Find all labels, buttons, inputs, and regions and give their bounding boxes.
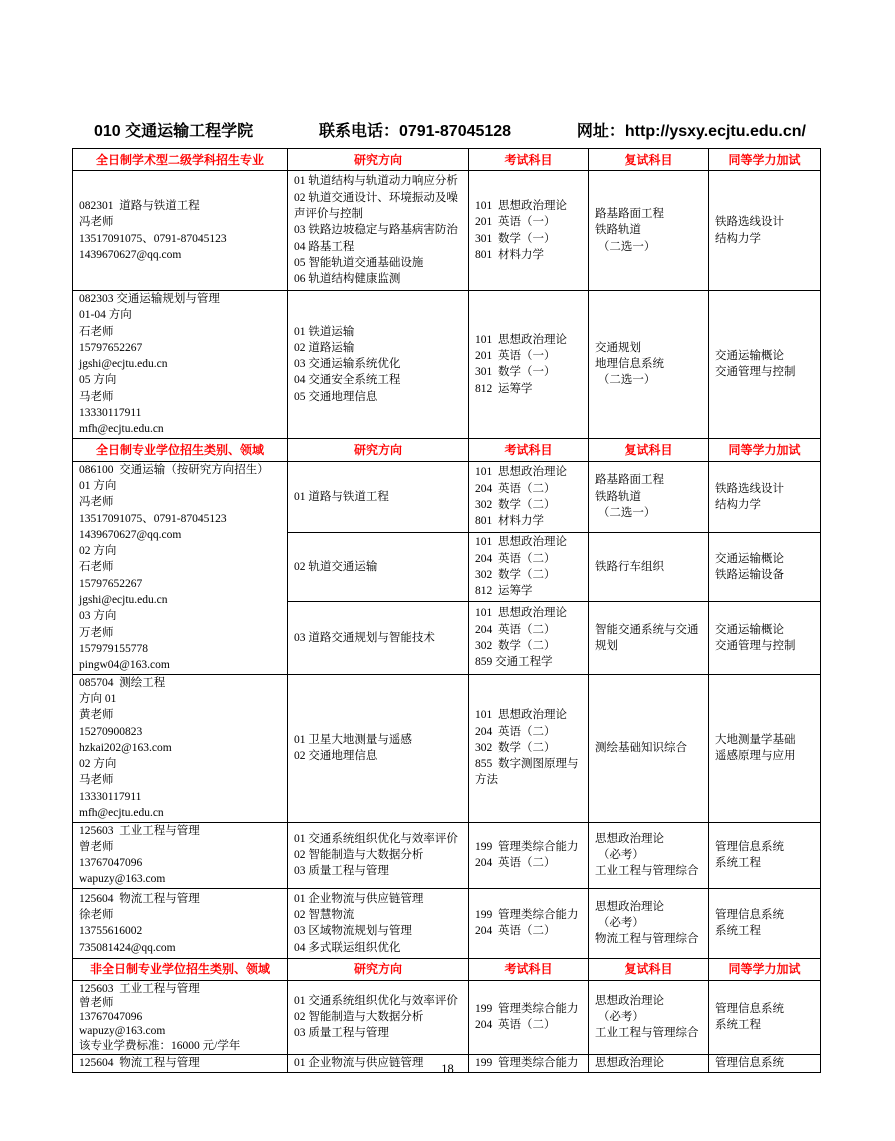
document-page: 010 交通运输工程学院 联系电话：0791-87045128 网址：http:… <box>0 0 895 1141</box>
table-cell: 01 交通系统组织优化与效率评价 02 智能制造与大数据分析 03 质量工程与管… <box>288 980 469 1054</box>
table-cell: 086100 交通运输（按研究方向招生） 01 方向 冯老师 135170910… <box>73 461 288 674</box>
table-row: 086100 交通运输（按研究方向招生） 01 方向 冯老师 135170910… <box>73 461 821 532</box>
table-cell: 101 思想政治理论 204 英语（二） 302 数学（二） 801 材料力学 <box>469 461 589 532</box>
column-header: 同等学力加试 <box>709 438 821 461</box>
column-header: 研究方向 <box>288 149 469 171</box>
table-row: 125603 工业工程与管理 曾老师 13767047096 wapuzy@16… <box>73 980 821 1054</box>
table-row: 125603 工业工程与管理 曾老师 13767047096 wapuzy@16… <box>73 822 821 888</box>
table-row: 082303 交通运输规划与管理 01-04 方向 石老师 1579765226… <box>73 291 821 439</box>
table-cell: 01 轨道结构与轨道动力响应分析 02 轨道交通设计、环境振动及噪声评价与控制 … <box>288 171 469 291</box>
table-cell: 082303 交通运输规划与管理 01-04 方向 石老师 1579765226… <box>73 291 288 439</box>
table-cell: 思想政治理论 （必考） 工业工程与管理综合 <box>589 980 709 1054</box>
table-cell: 01 铁道运输 02 道路运输 03 交通运输系统优化 04 交通安全系统工程 … <box>288 291 469 439</box>
table-cell: 大地测量学基础 遥感原理与应用 <box>709 674 821 822</box>
table-cell: 铁路选线设计 结构力学 <box>709 461 821 532</box>
table-cell: 管理信息系统 系统工程 <box>709 888 821 958</box>
table-cell: 交通运输概论 交通管理与控制 <box>709 291 821 439</box>
table-cell: 管理信息系统 系统工程 <box>709 822 821 888</box>
section-header-row: 全日制专业学位招生类别、领域研究方向考试科目复试科目同等学力加试 <box>73 438 821 461</box>
table-cell: 199 管理类综合能力 204 英语（二） <box>469 980 589 1054</box>
column-header: 复试科目 <box>589 149 709 171</box>
table-cell: 101 思想政治理论 201 英语（一） 301 数学（一） 812 运筹学 <box>469 291 589 439</box>
table-cell: 路基路面工程 铁路轨道 （二选一） <box>589 461 709 532</box>
table-cell: 085704 测绘工程 方向 01 黄老师 15270900823 hzkai2… <box>73 674 288 822</box>
table-cell: 01 道路与铁道工程 <box>288 461 469 532</box>
column-header: 研究方向 <box>288 438 469 461</box>
table-cell: 101 思想政治理论 204 英语（二） 302 数学（二） 855 数字测图原… <box>469 674 589 822</box>
table-cell: 101 思想政治理论 204 英语（二） 302 数学（二） 859 交通工程学 <box>469 602 589 674</box>
column-header: 同等学力加试 <box>709 149 821 171</box>
column-header: 研究方向 <box>288 958 469 980</box>
document-header: 010 交通运输工程学院 联系电话：0791-87045128 网址：http:… <box>72 118 820 141</box>
table-cell: 交通运输概论 交通管理与控制 <box>709 602 821 674</box>
college-title: 010 交通运输工程学院 <box>94 118 253 141</box>
table-cell: 101 思想政治理论 204 英语（二） 302 数学（二） 812 运筹学 <box>469 532 589 601</box>
table-cell: 交通规划 地理信息系统 （二选一） <box>589 291 709 439</box>
table-cell: 02 轨道交通运输 <box>288 532 469 601</box>
table-cell: 082301 道路与铁道工程 冯老师 13517091075、0791-8704… <box>73 171 288 291</box>
table-cell: 125603 工业工程与管理 曾老师 13767047096 wapuzy@16… <box>73 822 288 888</box>
column-header: 复试科目 <box>589 438 709 461</box>
table-cell: 铁路选线设计 结构力学 <box>709 171 821 291</box>
table-cell: 199 管理类综合能力 204 英语（二） <box>469 888 589 958</box>
table-cell: 101 思想政治理论 201 英语（一） 301 数学（一） 801 材料力学 <box>469 171 589 291</box>
table-row: 082301 道路与铁道工程 冯老师 13517091075、0791-8704… <box>73 171 821 291</box>
website-url: 网址：http://ysxy.ecjtu.edu.cn/ <box>577 118 806 141</box>
table-cell: 199 管理类综合能力 204 英语（二） <box>469 822 589 888</box>
column-header: 考试科目 <box>469 149 589 171</box>
table-cell: 智能交通系统与交通规划 <box>589 602 709 674</box>
table-cell: 管理信息系统 系统工程 <box>709 980 821 1054</box>
table-cell: 125604 物流工程与管理 徐老师 13755616002 735081424… <box>73 888 288 958</box>
table-cell: 思想政治理论 （必考） 工业工程与管理综合 <box>589 822 709 888</box>
contact-phone: 联系电话：0791-87045128 <box>319 118 511 141</box>
column-header: 全日制专业学位招生类别、领域 <box>73 438 288 461</box>
admissions-table-body: 全日制学术型二级学科招生专业研究方向考试科目复试科目同等学力加试082301 道… <box>73 149 821 1073</box>
table-cell: 思想政治理论 （必考） 物流工程与管理综合 <box>589 888 709 958</box>
page-number: 18 <box>0 1062 895 1077</box>
column-header: 全日制学术型二级学科招生专业 <box>73 149 288 171</box>
column-header: 复试科目 <box>589 958 709 980</box>
table-cell: 路基路面工程 铁路轨道 （二选一） <box>589 171 709 291</box>
table-cell: 交通运输概论 铁路运输设备 <box>709 532 821 601</box>
table-cell: 125603 工业工程与管理 曾老师 13767047096 wapuzy@16… <box>73 980 288 1054</box>
table-cell: 01 交通系统组织优化与效率评价 02 智能制造与大数据分析 03 质量工程与管… <box>288 822 469 888</box>
table-cell: 01 卫星大地测量与遥感 02 交通地理信息 <box>288 674 469 822</box>
section-header-row: 非全日制专业学位招生类别、领域研究方向考试科目复试科目同等学力加试 <box>73 958 821 980</box>
table-row: 085704 测绘工程 方向 01 黄老师 15270900823 hzkai2… <box>73 674 821 822</box>
column-header: 考试科目 <box>469 438 589 461</box>
column-header: 同等学力加试 <box>709 958 821 980</box>
table-cell: 01 企业物流与供应链管理 02 智慧物流 03 区域物流规划与管理 04 多式… <box>288 888 469 958</box>
column-header: 考试科目 <box>469 958 589 980</box>
section-header-row: 全日制学术型二级学科招生专业研究方向考试科目复试科目同等学力加试 <box>73 149 821 171</box>
table-cell: 03 道路交通规划与智能技术 <box>288 602 469 674</box>
table-row: 125604 物流工程与管理 徐老师 13755616002 735081424… <box>73 888 821 958</box>
table-cell: 铁路行车组织 <box>589 532 709 601</box>
admissions-table: 全日制学术型二级学科招生专业研究方向考试科目复试科目同等学力加试082301 道… <box>72 148 821 1073</box>
table-cell: 测绘基础知识综合 <box>589 674 709 822</box>
column-header: 非全日制专业学位招生类别、领域 <box>73 958 288 980</box>
